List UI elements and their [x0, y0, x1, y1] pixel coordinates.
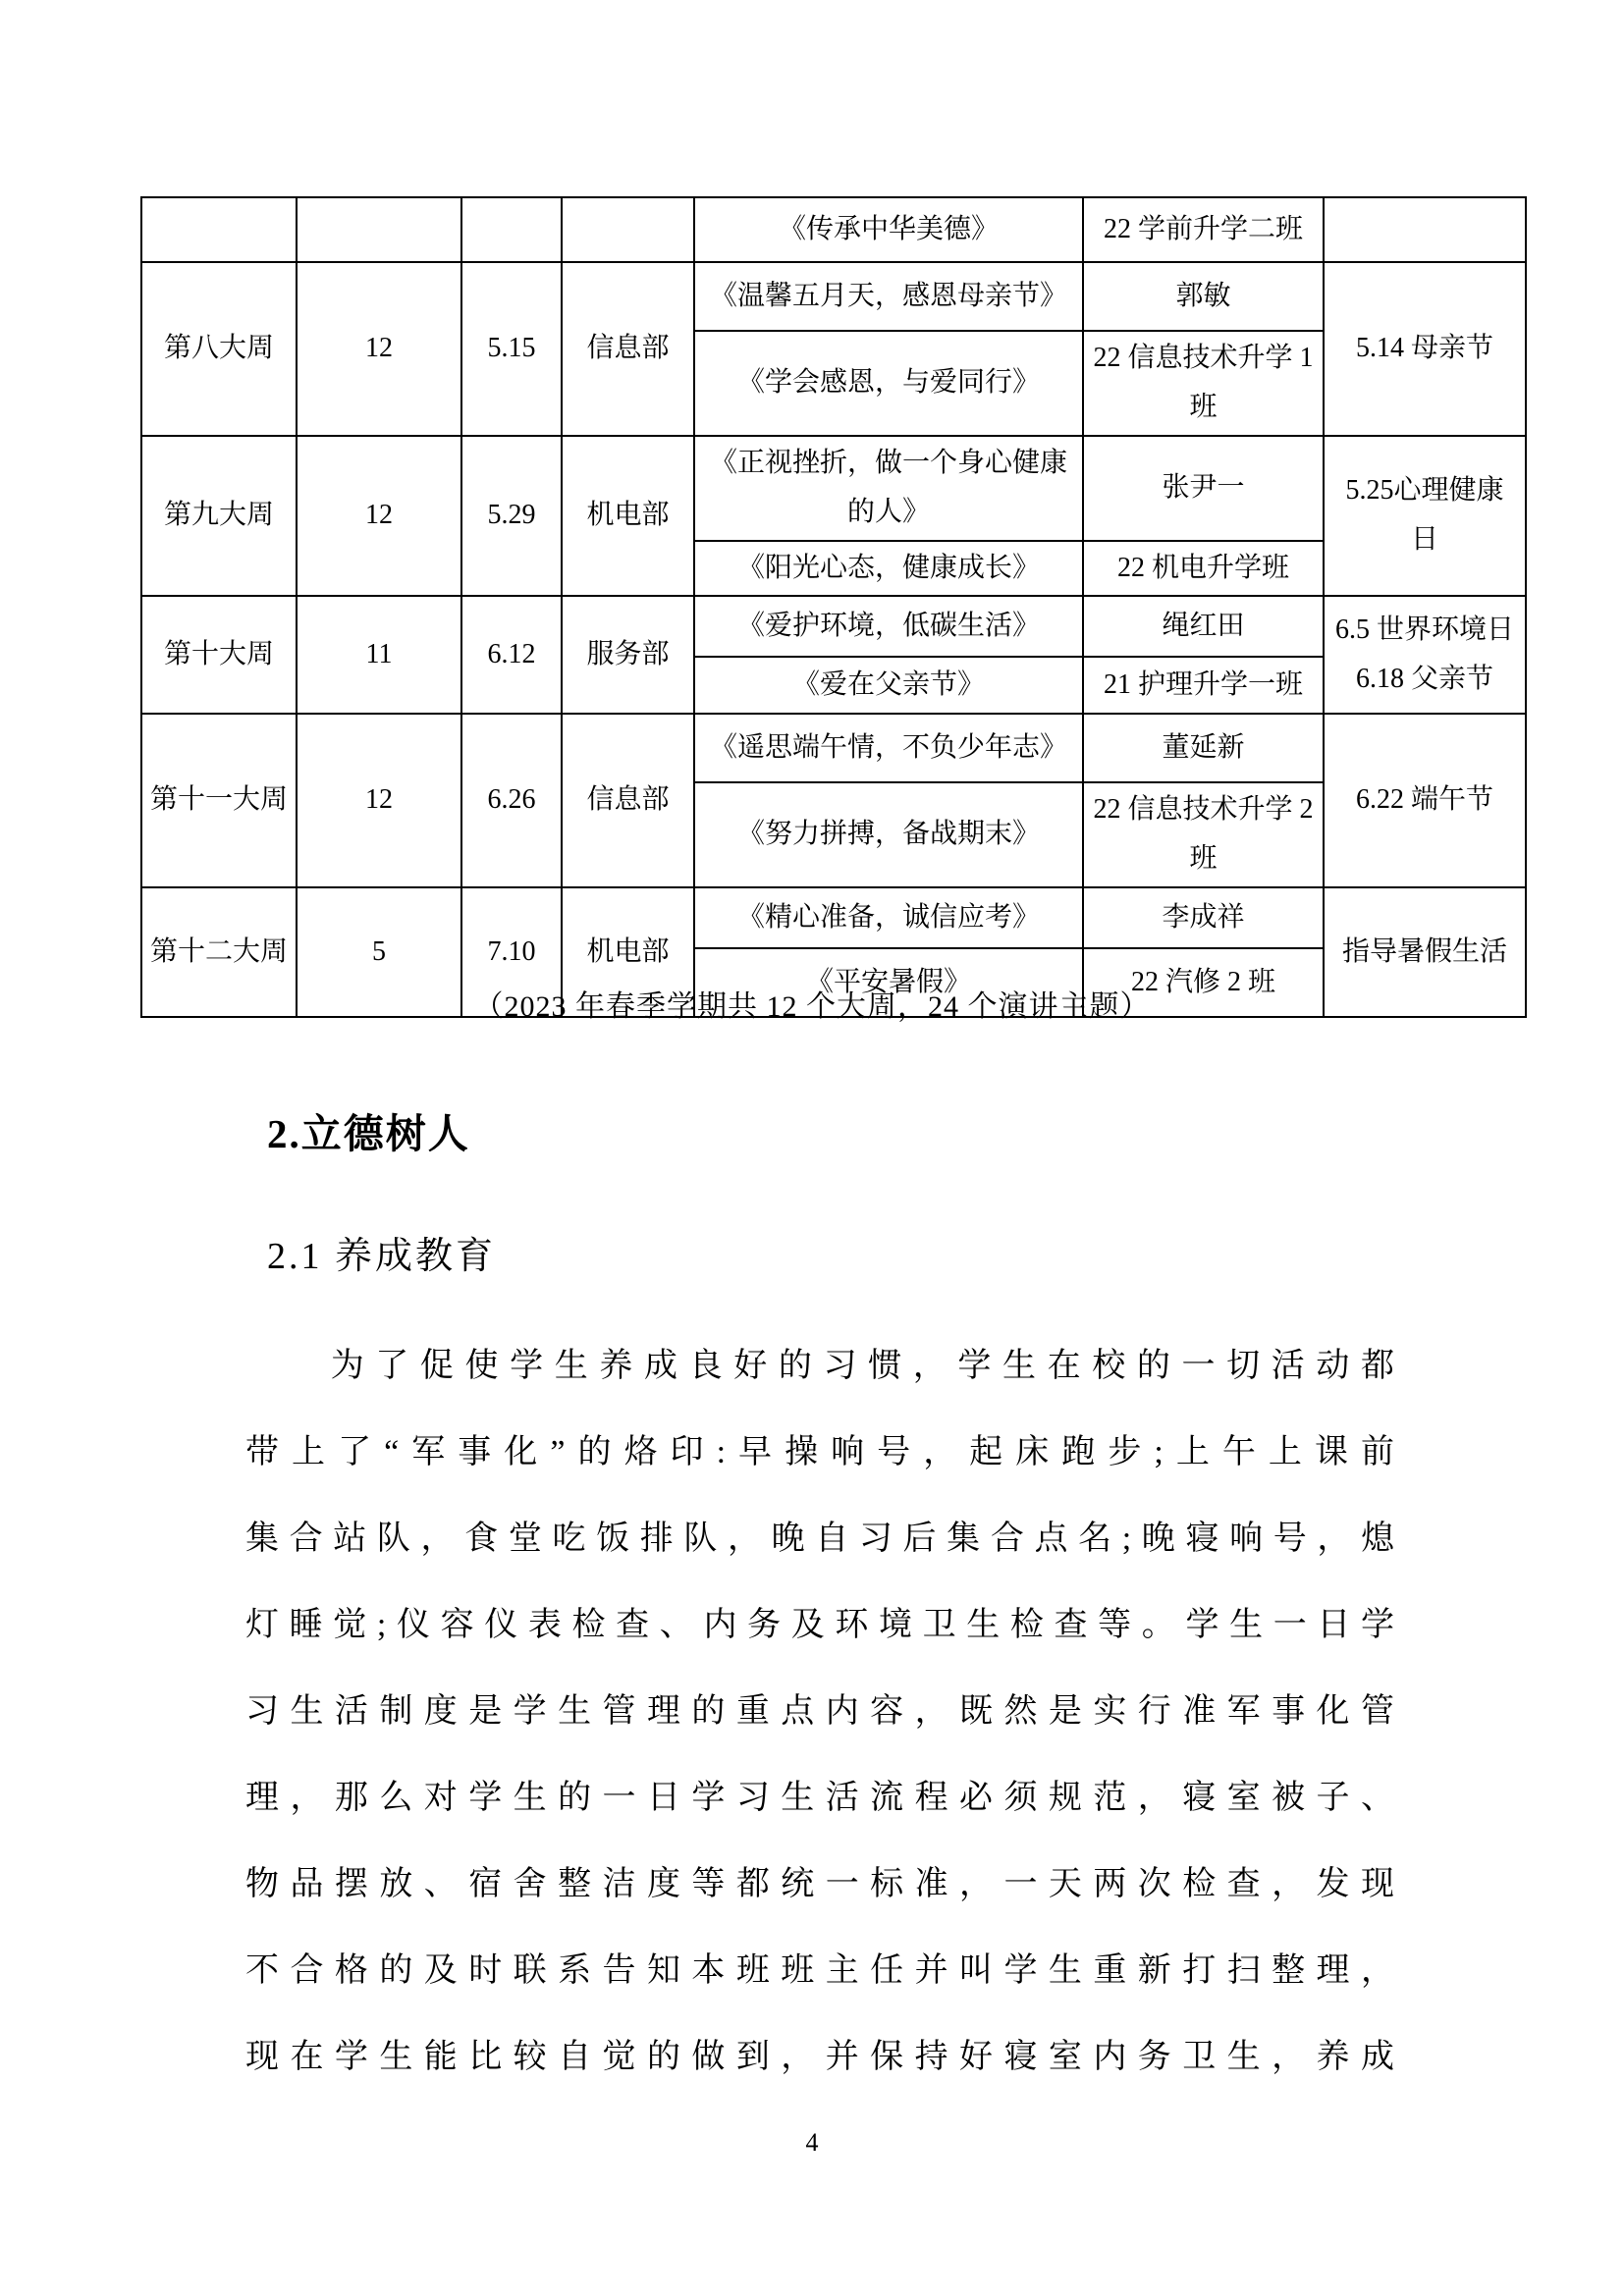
- section-heading: 2.立德树人: [267, 1101, 470, 1159]
- note-cell: 6.22 端午节: [1324, 714, 1526, 887]
- presenter-cell: 22 信息技术升学 1 班: [1083, 331, 1324, 436]
- date-cell: 5.29: [461, 436, 562, 596]
- paragraph-line: 带上了“军事化”的烙印:早操响号，起床跑步;上午上课前: [245, 1410, 1394, 1496]
- speech-title-cell: 《爱在父亲节》: [694, 657, 1083, 714]
- table-row: 第九大周 12 5.29 机电部 《正视挫折，做一个身心健康的人》 张尹一 5.…: [141, 436, 1526, 541]
- hours-cell: 11: [297, 596, 461, 714]
- speech-title-cell: 《遥思端午情，不负少年志》: [694, 714, 1083, 782]
- hours-cell: 12: [297, 436, 461, 596]
- date-cell: 6.26: [461, 714, 562, 887]
- presenter-cell: 李成祥: [1083, 887, 1324, 948]
- table-row: 第十大周 11 6.12 服务部 《爱护环境，低碳生活》 绳红田 6.5 世界环…: [141, 596, 1526, 657]
- presenter-cell: 绳红田: [1083, 596, 1324, 657]
- week-cell: 第十大周: [141, 596, 297, 714]
- presenter-cell: 郭敏: [1083, 262, 1324, 331]
- speech-title-cell: 《阳光心态，健康成长》: [694, 541, 1083, 596]
- empty-cell: [141, 197, 297, 262]
- paragraph-line: 集合站队，食堂吃饭排队，晚自习后集合点名;晚寝响号，熄: [245, 1496, 1394, 1582]
- dept-cell: 服务部: [562, 596, 694, 714]
- week-cell: 第八大周: [141, 262, 297, 436]
- week-cell: 第十一大周: [141, 714, 297, 887]
- table-row: 第十一大周 12 6.26 信息部 《遥思端午情，不负少年志》 董延新 6.22…: [141, 714, 1526, 782]
- paragraph-line: 不合格的及时联系告知本班班主任并叫学生重新打扫整理，: [245, 1928, 1394, 2014]
- note-cell: [1324, 197, 1526, 262]
- table-caption: （2023 年春季学期共 12 个大周，24 个演讲主题）: [0, 982, 1624, 1025]
- paragraph-line: 灯睡觉;仪容仪表检查、内务及环境卫生检查等。学生一日学: [245, 1582, 1394, 1669]
- note-cell: 5.25心理健康日: [1324, 436, 1526, 596]
- paragraph-line: 现在学生能比较自觉的做到，并保持好寝室内务卫生，养成: [245, 2014, 1394, 2101]
- presenter-cell: 董延新: [1083, 714, 1324, 782]
- note-cell: 6.5 世界环境日 6.18 父亲节: [1324, 596, 1526, 714]
- document-page: 《传承中华美德》 22 学前升学二班 第八大周 12 5.15 信息部 《温馨五…: [0, 0, 1624, 2296]
- weekly-speech-schedule-table: 《传承中华美德》 22 学前升学二班 第八大周 12 5.15 信息部 《温馨五…: [140, 196, 1527, 1018]
- body-paragraph: 为了促使学生养成良好的习惯，学生在校的一切活动都 带上了“军事化”的烙印:早操响…: [245, 1323, 1394, 2101]
- table-row: 第八大周 12 5.15 信息部 《温馨五月天，感恩母亲节》 郭敏 5.14 母…: [141, 262, 1526, 331]
- paragraph-line: 物品摆放、宿舍整洁度等都统一标准，一天两次检查，发现: [245, 1842, 1394, 1928]
- date-cell: 6.12: [461, 596, 562, 714]
- speech-title-cell: 《努力拼搏，备战期末》: [694, 782, 1083, 887]
- dept-cell: 信息部: [562, 262, 694, 436]
- speech-title-cell: 《传承中华美德》: [694, 197, 1083, 262]
- speech-title-cell: 《精心准备，诚信应考》: [694, 887, 1083, 948]
- page-number: 4: [0, 2128, 1624, 2158]
- presenter-cell: 22 机电升学班: [1083, 541, 1324, 596]
- presenter-cell: 21 护理升学一班: [1083, 657, 1324, 714]
- dept-cell: 信息部: [562, 714, 694, 887]
- note-cell: 5.14 母亲节: [1324, 262, 1526, 436]
- hours-cell: 12: [297, 714, 461, 887]
- date-cell: 5.15: [461, 262, 562, 436]
- empty-cell: [297, 197, 461, 262]
- dept-cell: 机电部: [562, 436, 694, 596]
- table-row: 第十二大周 5 7.10 机电部 《精心准备，诚信应考》 李成祥 指导暑假生活: [141, 887, 1526, 948]
- hours-cell: 12: [297, 262, 461, 436]
- presenter-cell: 张尹一: [1083, 436, 1324, 541]
- speech-title-cell: 《正视挫折，做一个身心健康的人》: [694, 436, 1083, 541]
- table-row-continuation: 《传承中华美德》 22 学前升学二班: [141, 197, 1526, 262]
- empty-cell: [461, 197, 562, 262]
- speech-title-cell: 《爱护环境，低碳生活》: [694, 596, 1083, 657]
- speech-title-cell: 《温馨五月天，感恩母亲节》: [694, 262, 1083, 331]
- presenter-cell: 22 信息技术升学 2 班: [1083, 782, 1324, 887]
- week-cell: 第九大周: [141, 436, 297, 596]
- empty-cell: [562, 197, 694, 262]
- paragraph-line: 为了促使学生养成良好的习惯，学生在校的一切活动都: [245, 1323, 1394, 1410]
- presenter-cell: 22 学前升学二班: [1083, 197, 1324, 262]
- speech-title-cell: 《学会感恩，与爱同行》: [694, 331, 1083, 436]
- subsection-heading: 2.1 养成教育: [267, 1225, 496, 1279]
- paragraph-line: 理，那么对学生的一日学习生活流程必须规范，寝室被子、: [245, 1755, 1394, 1842]
- paragraph-line: 习生活制度是学生管理的重点内容，既然是实行准军事化管: [245, 1669, 1394, 1755]
